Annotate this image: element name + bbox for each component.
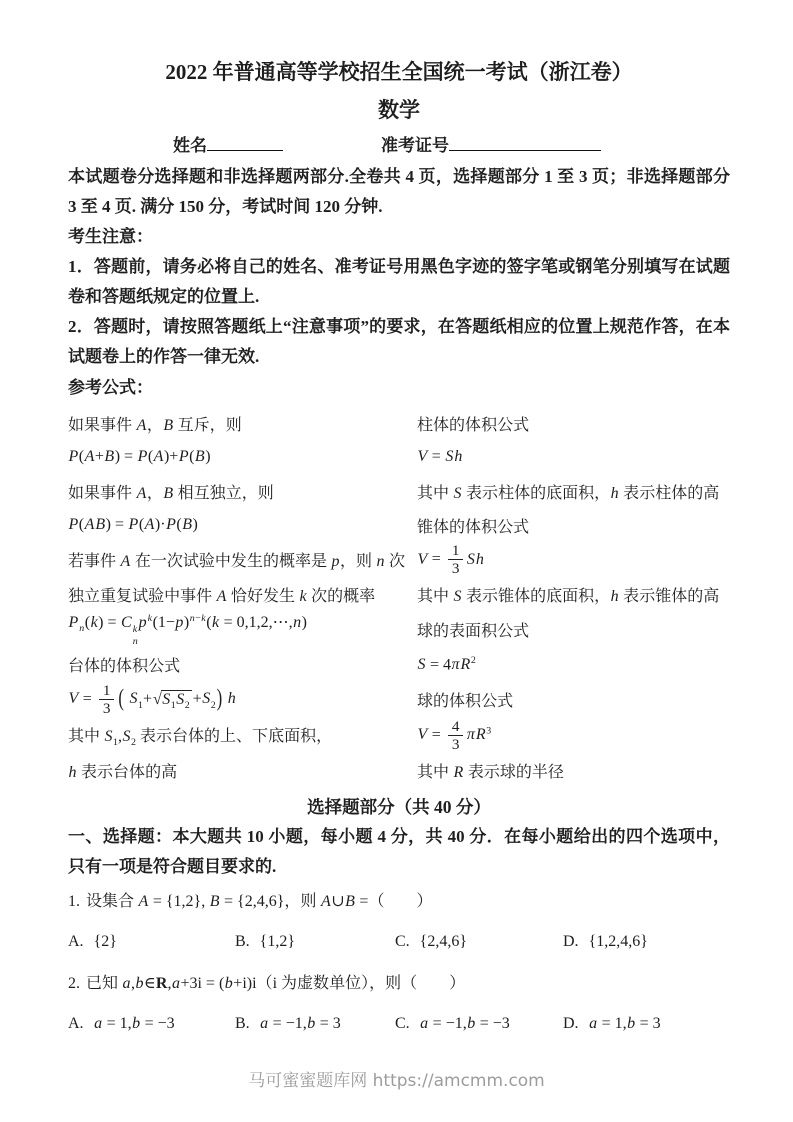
options-row: A.a = 1,b = −3 B.a = −1,b = 3 C.a = −1,b… (68, 1012, 730, 1036)
option-value: {2,4,6} (420, 933, 467, 950)
formula-right: 锥体的体积公式 (403, 514, 730, 537)
formula-row: h 表示台体的高 其中 R 表示球的半径 (68, 754, 730, 788)
formula-row: 若事件 A 在一次试验中发生的概率是 p，则 n 次 V = 13Sh (68, 542, 730, 578)
option-a: A.{2} (68, 930, 235, 954)
option-label: B. (235, 1015, 250, 1032)
options-row: A.{2} B.{1,2} C.{2,4,6} D.{1,2,4,6} (68, 930, 730, 954)
option-label: A. (68, 1015, 84, 1032)
option-label: C. (395, 1015, 410, 1032)
admission-id-blank-line (449, 135, 601, 151)
formula-left: 台体的体积公式 (68, 653, 403, 676)
name-blank-line (207, 135, 283, 151)
option-b: B.a = −1,b = 3 (235, 1012, 395, 1036)
option-a: A.a = 1,b = −3 (68, 1012, 235, 1036)
document-page: 2022 年普通高等学校招生全国统一考试（浙江卷） 数学 姓名 准考证号 本试题… (0, 0, 793, 1036)
admission-id-field: 准考证号 (381, 131, 601, 156)
formula-left: P(AB) = P(A)·P(B) (68, 516, 403, 534)
reference-formula-table: 如果事件 A，B 互斥，则 柱体的体积公式 P(A+B) = P(A)+P(B)… (68, 406, 730, 788)
option-label: C. (395, 933, 410, 950)
formula-left: V = 13( S1+√S1S2+S2) h (68, 682, 403, 718)
formula-row: 如果事件 A，B 相互独立，则 其中 S 表示柱体的底面积，h 表示柱体的高 (68, 474, 730, 508)
formula-left: 其中 S1,S2 表示台体的上、下底面积， (68, 723, 403, 748)
question-number: 2. (68, 975, 80, 992)
formula-right: 球的体积公式 (403, 688, 730, 711)
notice-item-1: 1．答题前，请务必将自己的姓名、准考证号用黑色字迹的签字笔或钢笔分别填写在试题卷… (68, 252, 730, 312)
formula-row: 如果事件 A，B 互斥，则 柱体的体积公式 (68, 406, 730, 440)
option-value: {1,2,4,6} (589, 933, 648, 950)
formula-right: 球的表面积公式 (403, 618, 730, 641)
formula-row: P(AB) = P(A)·P(B) 锥体的体积公式 (68, 508, 730, 542)
notice-title: 考生注意： (68, 222, 730, 252)
option-c: C.a = −1,b = −3 (395, 1012, 563, 1036)
formula-right: 柱体的体积公式 (403, 412, 730, 435)
option-label: B. (235, 933, 250, 950)
notice-item-2: 2．答题时，请按照答题纸上“注意事项”的要求，在答题纸相应的位置上规范作答，在本… (68, 312, 730, 372)
formula-left: h 表示台体的高 (68, 759, 403, 782)
exam-document: { "colors": { "background": "#ffffff", "… (0, 0, 793, 1122)
formula-left: 如果事件 A，B 互斥，则 (68, 412, 403, 435)
option-value: a = 1,b = −3 (94, 1015, 175, 1032)
formula-row: 台体的体积公式 S = 4πR2 (68, 648, 730, 682)
option-label: A. (68, 933, 84, 950)
formula-left: 如果事件 A，B 相互独立，则 (68, 480, 403, 503)
question-2: 2.已知 a,b∈R,a+3i = (b+i)i（i 为虚数单位），则（ ） A… (68, 972, 730, 1036)
admission-id-label: 准考证号 (381, 136, 449, 155)
page-title: 2022 年普通高等学校招生全国统一考试（浙江卷） (68, 58, 730, 86)
formula-row: V = 13( S1+√S1S2+S2) h 球的体积公式 (68, 682, 730, 718)
option-d: D.{1,2,4,6} (563, 930, 730, 954)
option-label: D. (563, 933, 579, 950)
formula-right: 其中 S 表示柱体的底面积，h 表示柱体的高 (403, 480, 730, 503)
reference-formulas-title: 参考公式： (68, 372, 730, 403)
formula-right: 其中 R 表示球的半径 (403, 759, 730, 782)
question-1: 1.设集合 A = {1,2}, B = {2,4,6}，则 A∪B =（ ） … (68, 890, 730, 954)
option-c: C.{2,4,6} (395, 930, 563, 954)
choice-section-instruction: 一、选择题：本大题共 10 小题，每小题 4 分，共 40 分．在每小题给出的四… (68, 822, 730, 882)
option-value: {2} (94, 933, 117, 950)
choice-section-title: 选择题部分（共 40 分） (68, 792, 730, 822)
subject-title: 数学 (68, 96, 730, 124)
formula-left: Pn(k) = Cknpk(1−p)n−k(k = 0,1,2,⋯,n) (68, 612, 403, 648)
exam-intro-text: 本试题卷分选择题和非选择题两部分.全卷共 4 页，选择题部分 1 至 3 页；非… (68, 162, 730, 222)
option-label: D. (563, 1015, 579, 1032)
formula-row: 独立重复试验中事件 A 恰好发生 k 次的概率 其中 S 表示锥体的底面积，h … (68, 578, 730, 612)
formula-right: 其中 S 表示锥体的底面积，h 表示锥体的高 (403, 583, 730, 606)
formula-row: P(A+B) = P(A)+P(B) V = Sh (68, 440, 730, 474)
formula-left: 独立重复试验中事件 A 恰好发生 k 次的概率 (68, 583, 403, 606)
candidate-info-row: 姓名 准考证号 (68, 132, 730, 156)
option-d: D.a = 1,b = 3 (563, 1012, 730, 1036)
question-number: 1. (68, 893, 80, 910)
option-value: {1,2} (260, 933, 295, 950)
formula-right: V = Sh (403, 448, 730, 466)
name-field: 姓名 (173, 131, 283, 156)
option-value: a = 1,b = 3 (589, 1015, 661, 1032)
question-stem: 设集合 A = {1,2}, B = {2,4,6}，则 A∪B =（ ） (86, 893, 433, 910)
option-value: a = −1,b = 3 (260, 1015, 341, 1032)
formula-row: Pn(k) = Cknpk(1−p)n−k(k = 0,1,2,⋯,n) 球的表… (68, 612, 730, 648)
formula-left: P(A+B) = P(A)+P(B) (68, 448, 403, 466)
question-stem-row: 1.设集合 A = {1,2}, B = {2,4,6}，则 A∪B =（ ） (68, 890, 730, 914)
question-stem: 已知 a,b∈R,a+3i = (b+i)i（i 为虚数单位），则（ ） (86, 975, 465, 992)
option-value: a = −1,b = −3 (420, 1015, 510, 1032)
formula-right: V = 43πR3 (403, 718, 730, 754)
name-label: 姓名 (173, 136, 207, 155)
question-stem-row: 2.已知 a,b∈R,a+3i = (b+i)i（i 为虚数单位），则（ ） (68, 972, 730, 996)
formula-left: 若事件 A 在一次试验中发生的概率是 p，则 n 次 (68, 548, 403, 571)
formula-row: 其中 S1,S2 表示台体的上、下底面积， V = 43πR3 (68, 718, 730, 754)
option-b: B.{1,2} (235, 930, 395, 954)
formula-right: S = 4πR2 (403, 655, 730, 674)
watermark-footer: 马可蜜蜜题库网 https://amcmm.com (0, 1066, 793, 1091)
formula-right: V = 13Sh (403, 542, 730, 578)
